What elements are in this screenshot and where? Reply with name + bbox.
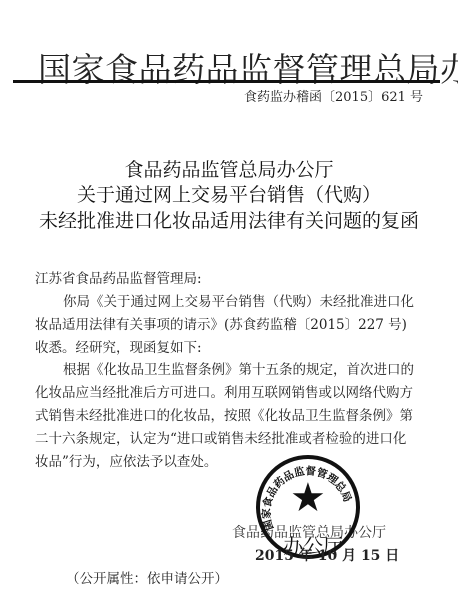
body-line-7: 二十六条规定，认定为“进口或销售未经批准或者检验的进口化 bbox=[35, 427, 406, 447]
seal-star-icon: ★ bbox=[290, 478, 326, 518]
header-rule bbox=[13, 80, 440, 83]
body-line-3: 收悉。经研究，现函复如下: bbox=[35, 336, 202, 356]
subtitle-line-3: 未经批准进口化妆品适用法律有关问题的复函 bbox=[0, 206, 458, 233]
document-number: 食药监办稽函〔2015〕621 号 bbox=[244, 86, 423, 105]
body-line-5: 化妆品应当经批准后方可进口。利用互联网销售或以网络代购方 bbox=[35, 381, 413, 401]
subtitle-line-1: 食品药品监管总局办公厅 bbox=[0, 155, 458, 182]
salutation: 江苏省食品药品监督管理局: bbox=[35, 267, 202, 287]
signature-date: 2015 年 10 月 15 日 bbox=[255, 545, 399, 565]
body-line-4: 根据《化妆品卫生监督条例》第十五条的规定，首次进口的 bbox=[63, 358, 414, 378]
public-attribute: （公开属性：依申请公开） bbox=[66, 567, 228, 587]
body-line-8: 妆品”行为，应依法予以查处。 bbox=[35, 450, 217, 470]
body-line-2: 妆品适用法律有关事项的请示》(苏食药监稽〔2015〕227 号) bbox=[35, 313, 407, 333]
body-line-1: 你局《关于通过网上交易平台销售（代购）未经批准进口化 bbox=[63, 290, 414, 310]
subtitle-line-2: 关于通过网上交易平台销售（代购） bbox=[0, 180, 458, 207]
body-line-6: 式销售未经批准进口的化妆品，按照《化妆品卫生监督条例》第 bbox=[35, 404, 413, 424]
org-title: 国家食品药品监督管理总局办公厅 bbox=[38, 44, 458, 91]
